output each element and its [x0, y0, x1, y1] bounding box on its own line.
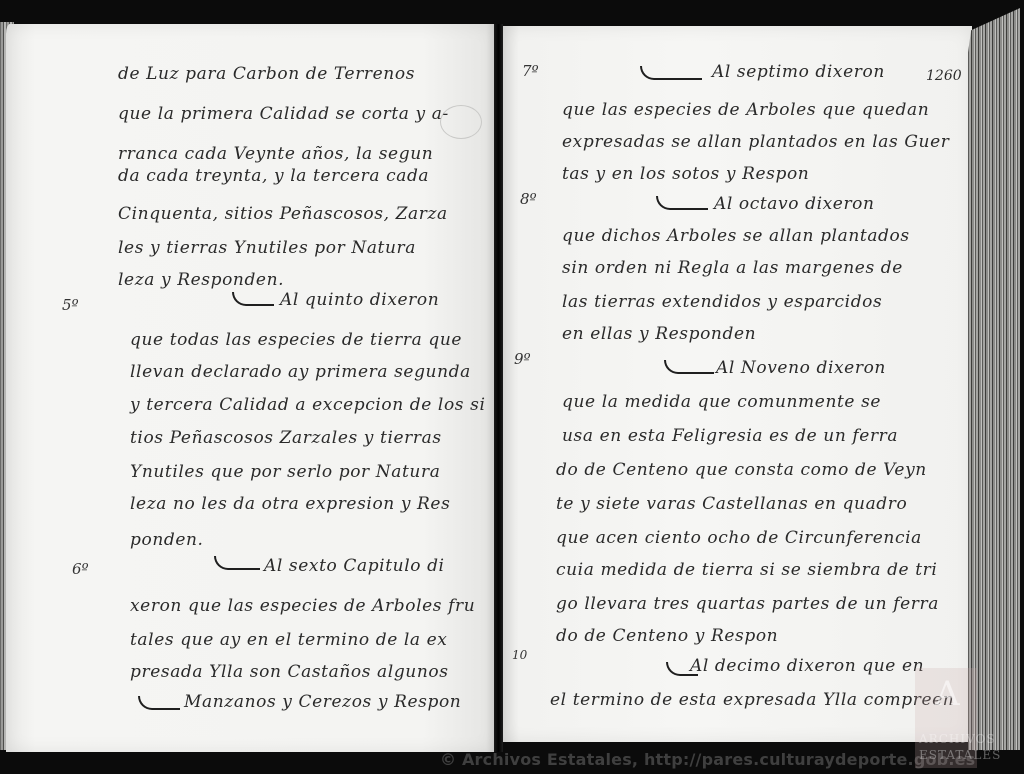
manuscript-line: do de Centeno y Respon	[556, 626, 778, 646]
manuscript-line: tios Peñascosos Zarzales y tierras	[130, 428, 442, 448]
logo-text: ESTATALES	[919, 748, 1001, 762]
manuscript-line: Al septimo dixeron	[712, 62, 885, 82]
margin-number: 5º	[62, 296, 79, 314]
manuscript-line: Al Noveno dixeron	[716, 358, 886, 378]
manuscript-line: go llevara tres quartas partes de un fer…	[556, 594, 939, 614]
flourish-mark	[640, 66, 702, 80]
manuscript-line: llevan declarado ay primera segunda	[130, 362, 471, 382]
manuscript-line: do de Centeno que consta como de Veyn	[556, 460, 927, 480]
manuscript-line: que la medida que comunmente se	[562, 392, 881, 412]
manuscript-line: expresadas se allan plantados en las Gue…	[562, 132, 949, 152]
right-page-stack-edge	[968, 8, 1020, 750]
manuscript-line: de Luz para Carbon de Terrenos	[118, 64, 415, 84]
margin-number: 8º	[520, 190, 537, 208]
manuscript-line: tales que ay en el termino de la ex	[130, 630, 447, 650]
logo-letter: A	[935, 674, 960, 714]
manuscript-line: xeron que las especies de Arboles fru	[130, 596, 475, 616]
margin-number: 9º	[514, 350, 531, 368]
manuscript-line: da cada treynta, y la tercera cada	[118, 166, 429, 186]
manuscript-line: leza y Responden.	[118, 270, 284, 290]
manuscript-line: sin orden ni Regla a las margenes de	[562, 258, 903, 278]
manuscript-line: te y siete varas Castellanas en quadro	[556, 494, 907, 514]
manuscript-line: ponden.	[130, 530, 204, 550]
flourish-mark	[214, 556, 260, 570]
manuscript-line: que todas las especies de tierra que	[130, 330, 462, 350]
manuscript-line: que las especies de Arboles que quedan	[562, 100, 929, 120]
manuscript-line: y tercera Calidad a excepcion de los si	[130, 395, 486, 415]
book-gutter	[494, 24, 503, 752]
manuscript-line: leza no les da otra expresion y Res	[130, 494, 450, 514]
manuscript-line: Al octavo dixeron	[714, 194, 875, 214]
manuscript-line: Al sexto Capitulo di	[264, 556, 445, 576]
flourish-mark	[664, 360, 714, 374]
margin-number: 7º	[522, 62, 539, 80]
margin-number: 6º	[72, 560, 89, 578]
manuscript-line: que la primera Calidad se corta y a-	[118, 104, 449, 124]
manuscript-line: cuia medida de tierra si se siembra de t…	[556, 560, 937, 580]
folio-number: 1260	[926, 68, 962, 84]
copyright-watermark: © Archivos Estatales, http://pares.cultu…	[440, 750, 975, 769]
manuscript-line: Manzanos y Cerezos y Respon	[184, 692, 461, 712]
manuscript-line: Al quinto dixeron	[280, 290, 439, 310]
manuscript-line: Ynutiles que por serlo por Natura	[130, 462, 440, 482]
manuscript-line: Al decimo dixeron que en	[690, 656, 924, 676]
flourish-mark	[138, 696, 180, 710]
manuscript-line: rranca cada Veynte años, la segun	[118, 144, 433, 164]
manuscript-line: Cinquenta, sitios Peñascosos, Zarza	[118, 204, 448, 224]
manuscript-line: tas y en los sotos y Respon	[562, 164, 809, 184]
open-book-scan: 1260 de Luz para Carbon de Terrenos que …	[0, 0, 1024, 774]
manuscript-line: que acen ciento ocho de Circunferencia	[556, 528, 922, 548]
manuscript-line: las tierras extendidos y esparcidos	[562, 292, 882, 312]
logo-text: ARCHIVOS	[919, 732, 996, 746]
manuscript-line: en ellas y Responden	[562, 324, 756, 344]
manuscript-line: usa en esta Feligresia es de un ferra	[562, 426, 898, 446]
manuscript-line: el termino de esta expresada Ylla compre…	[550, 690, 954, 710]
manuscript-line: les y tierras Ynutiles por Natura	[118, 238, 416, 258]
manuscript-line: presada Ylla son Castaños algunos	[130, 662, 449, 682]
margin-number: 10	[512, 648, 527, 662]
manuscript-line: que dichos Arboles se allan plantados	[562, 226, 910, 246]
flourish-mark	[232, 292, 274, 306]
archivos-estatales-logo: A ARCHIVOS ESTATALES	[915, 668, 977, 768]
flourish-mark	[656, 196, 708, 210]
